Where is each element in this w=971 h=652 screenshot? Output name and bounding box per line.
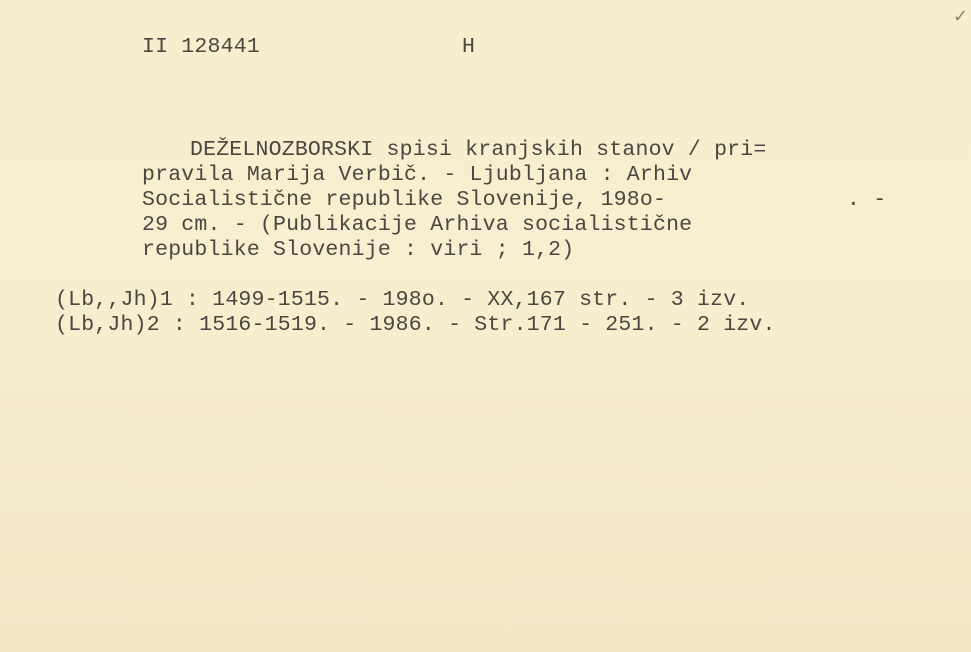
location-code: H: [462, 35, 475, 60]
volume-line-1: (Lb,,Jh)1 : 1499-1515. - 198o. - XX,167 …: [55, 288, 749, 313]
catalog-card: II 128441 H ✓ DEŽELNOZBORSKI spisi kranj…: [0, 0, 971, 652]
entry-line-4: 29 cm. - (Publikacije Arhiva socialistič…: [142, 213, 692, 238]
volume-line-2: (Lb,Jh)2 : 1516-1519. - 1986. - Str.171 …: [55, 313, 776, 338]
call-number: II 128441: [142, 35, 260, 60]
entry-line-1: DEŽELNOZBORSKI spisi kranjskih stanov / …: [190, 138, 767, 163]
entry-trailing-punctuation: . -: [847, 188, 886, 213]
entry-line-3: Socialistične republike Slovenije, 198o-: [142, 188, 666, 213]
entry-line-5: republike Slovenije : viri ; 1,2): [142, 238, 574, 263]
entry-line-2: pravila Marija Verbič. - Ljubljana : Arh…: [142, 163, 692, 188]
check-mark-icon: ✓: [953, 4, 968, 29]
